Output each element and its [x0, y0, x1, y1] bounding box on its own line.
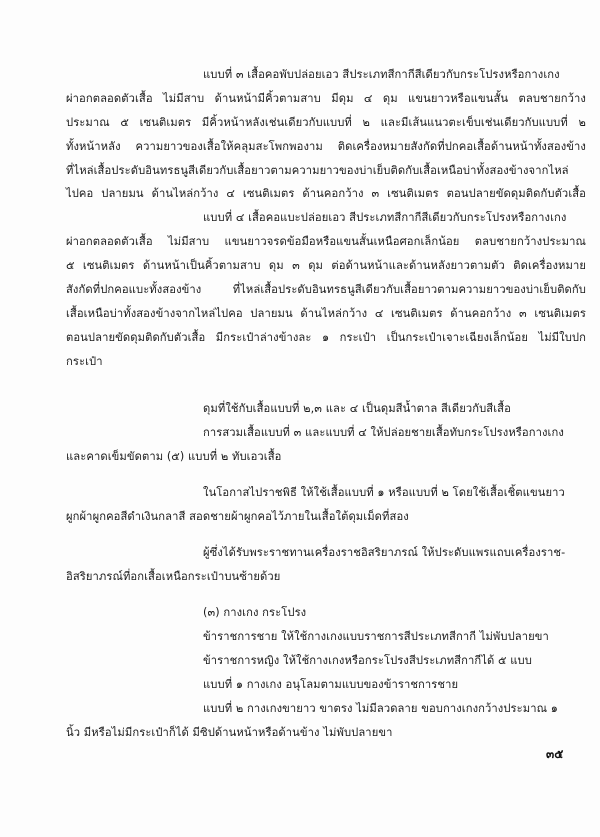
document-page: แบบที่ ๓ เสื้อคอพับปล่อยเอว สีประเภทสีกา… [0, 0, 600, 837]
text-line: แบบที่ ๔ เสื้อคอแบะปล่อยเอว สีประเภทสีกา… [203, 210, 566, 226]
text-line: แบบที่ ๑ กางเกง อนุโลมตามแบบของข้าราชการ… [203, 677, 458, 693]
page-number: ๓๕ [546, 745, 563, 764]
text-line: ๕ เซนติเมตร ด้านหน้าเป็นคิ้วตามสาบ ดุม ๓… [66, 258, 586, 274]
text-line: ผ่าอกตลอดตัวเสื้อ ไม่มีสาบ ด้านหน้ามีคิ้… [66, 91, 586, 107]
text-line: ผูกผ้าผูกคอสีดำเงินกลาสี สอดชายผ้าผูกคอไ… [66, 509, 409, 525]
text-line: ดุมที่ใช้กับเสื้อแบบที่ ๒,๓ และ ๔ เป็นดุ… [203, 401, 511, 417]
text-line: อิสริยาภรณ์ที่อกเสื้อเหนือกระเป๋าบนซ้ายด… [66, 569, 280, 585]
text-line: และคาดเข็มขัดตาม (๕) แบบที่ ๒ ทับเอวเสื้… [66, 449, 281, 465]
text-line: ตอนปลายขัดดุมติดกับตัวเสื้อ มีกระเป๋าล่า… [66, 330, 586, 346]
text-line: ผ่าอกตลอดตัวเสื้อ ไม่มีสาบ แขนยาวจรดข้อม… [66, 234, 586, 250]
text-line: ประมาณ ๕ เซนติเมตร มีคิ้วหน้าหลังเช่นเดี… [66, 115, 586, 131]
text-line: นิ้ว มีหรือไม่มีกระเป๋าก็ได้ มีซิปด้านหน… [66, 725, 392, 741]
text-line: แบบที่ ๒ กางเกงขายาว ขาตรง ไม่มีลวดลาย ข… [203, 701, 558, 717]
text-line: แบบที่ ๓ เสื้อคอพับปล่อยเอว สีประเภทสีกา… [203, 67, 560, 83]
text-line: ข้าราชการหญิง ให้ใช้กางเกงหรือกระโปรงสีป… [203, 653, 532, 669]
text-line: ทั้งหน้าหลัง ความยาวของเสื้อให้คลุมสะโพก… [66, 139, 586, 155]
text-line: ไปคอ ปลายมน ด้านไหล่กว้าง ๔ เซนติเมตร ด้… [66, 186, 586, 202]
text-line: ข้าราชการชาย ให้ใช้กางเกงแบบราชการสีประเ… [203, 629, 549, 645]
text-line: สังกัดที่ปกคอแบะทั้งสองข้าง ที่ไหล่เสื้อ… [66, 282, 586, 298]
text-line: การสวมเสื้อแบบที่ ๓ และแบบที่ ๔ ให้ปล่อย… [203, 425, 564, 441]
text-line: กระเป๋า [66, 354, 103, 370]
text-line: ในโอกาสไปราชพิธี ให้ใช้เสื้อแบบที่ ๑ หรื… [203, 485, 565, 501]
text-line: ที่ไหล่เสื้อประดับอินทรธนูสีเดียวกับเสื้… [66, 163, 586, 179]
text-line: ผู้ซึ่งได้รับพระราชทานเครื่องราชอิสริยาภ… [203, 545, 565, 561]
text-line: เสื้อเหนือบ่าทั้งสองข้างจากไหล่ไปคอ ปลาย… [66, 306, 586, 322]
text-line: (๓) กางเกง กระโปรง [203, 605, 306, 621]
